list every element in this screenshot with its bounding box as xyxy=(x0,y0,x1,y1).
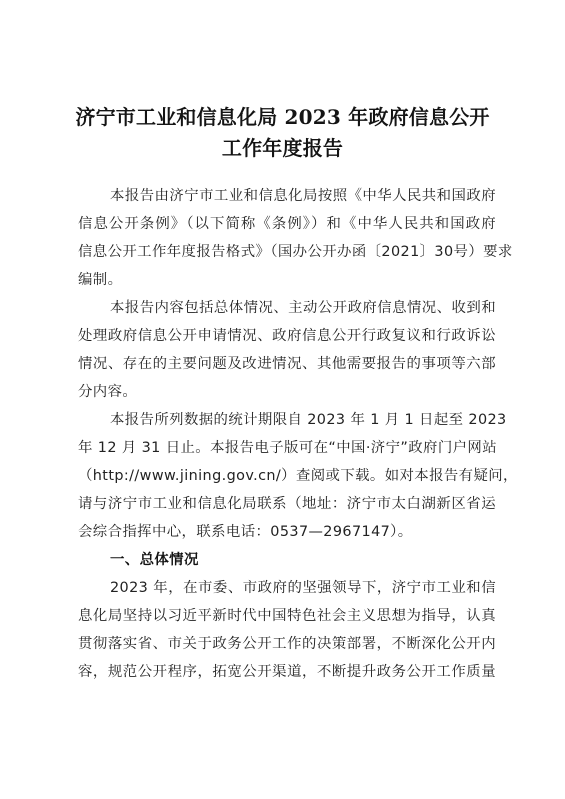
section-heading-overview: 一、总体情况 xyxy=(110,546,199,574)
text-line: 2023 年，在市委、市政府的坚强领导下，济宁市工业和信 xyxy=(110,574,496,602)
text-line: 本报告内容包括总体情况、主动公开政府信息情况、收到和 xyxy=(110,294,496,322)
text-line: 编制。 xyxy=(78,266,496,294)
text-line: 请与济宁市工业和信息化局联系（地址：济宁市太白湖新区省运 xyxy=(78,490,496,518)
title-line-2: 工作年度报告 xyxy=(0,133,565,163)
title-line-1: 济宁市工业和信息化局 2023 年政府信息公开 xyxy=(0,102,565,132)
document-page: 济宁市工业和信息化局 2023 年政府信息公开 工作年度报告 本报告由济宁市工业… xyxy=(0,0,565,799)
text-line: 信息公开条例》（以下简称《条例》）和《中华人民共和国政府 xyxy=(78,210,496,238)
text-line: 年 12 月 31 日止。本报告电子版可在“中国·济宁”政府门户网站 xyxy=(78,434,496,462)
website-line: （http://www.jining.gov.cn/）查阅或下载。如对本报告有疑… xyxy=(78,462,496,490)
text-line: 息化局坚持以习近平新时代中国特色社会主义思想为指导，认真 xyxy=(78,602,496,630)
text-line: 分内容。 xyxy=(78,378,496,406)
text-line: 容，规范公开程序，拓宽公开渠道，不断提升政务公开工作质量 xyxy=(78,658,496,686)
text-line: 处理政府信息公开申请情况、政府信息公开行政复议和行政诉讼 xyxy=(78,322,496,350)
contact-phone-line: 会综合指挥中心，联系电话：0537—2967147）。 xyxy=(78,518,496,546)
text-line: 贯彻落实省、市关于政务公开工作的决策部署，不断深化公开内 xyxy=(78,630,496,658)
text-line: 本报告所列数据的统计期限自 2023 年 1 月 1 日起至 2023 xyxy=(110,406,496,434)
text-line: 情况、存在的主要问题及改进情况、其他需要报告的事项等六部 xyxy=(78,350,496,378)
text-line: 信息公开工作年度报告格式》（国办公开办函〔2021〕30号）要求 xyxy=(78,238,496,266)
text-line: 本报告由济宁市工业和信息化局按照《中华人民共和国政府 xyxy=(110,182,496,210)
